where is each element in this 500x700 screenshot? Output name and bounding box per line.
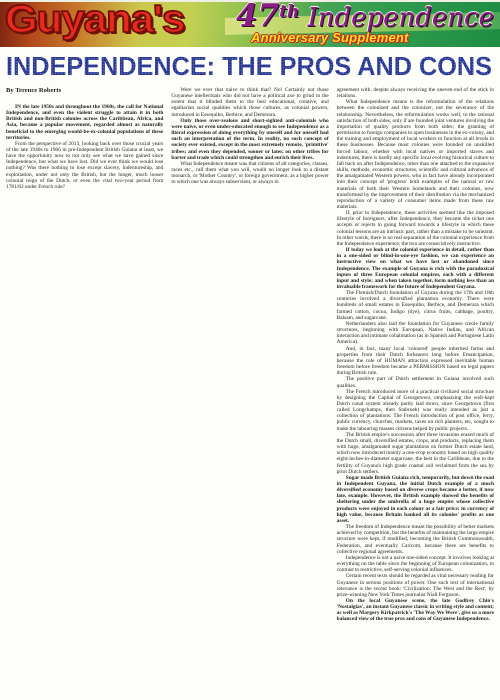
paragraph: Netherlanders also laid the foundation f… <box>337 321 494 346</box>
paragraph: And, in fact, many local 'coloured' peop… <box>337 346 494 377</box>
edition-word: Independence <box>307 3 494 33</box>
paragraph: From the perspective of 2013, looking ba… <box>6 141 163 190</box>
edition-number: 47 <box>236 0 279 34</box>
headline-svg: INDEPENDENCE: THE PROS AND CONS INDEPEND… <box>6 51 494 81</box>
masthead-title: Guyana's <box>5 0 184 42</box>
paragraph: What Independence means is the reformula… <box>337 99 494 210</box>
paragraph: If today we look at the colonial experie… <box>337 247 494 290</box>
paragraph: Certain recent texts should be regarded … <box>337 573 494 598</box>
paragraph: Were we ever that naive to think that? N… <box>171 87 328 118</box>
paragraph: If, prior to Independence, these activit… <box>337 210 494 247</box>
headline: INDEPENDENCE: THE PROS AND CONS INDEPEND… <box>0 47 500 84</box>
anniversary-subtitle: Anniversary Supplement <box>251 30 409 45</box>
edition-suffix: th <box>279 2 299 22</box>
paragraph: agreement with, despite always receiving… <box>337 87 494 99</box>
article-column-3: agreement with, despite always receiving… <box>337 87 494 623</box>
paragraph: The positive part of Dutch settlement in… <box>337 376 494 388</box>
paragraph: IN the late 1950s and throughout the 196… <box>6 104 163 141</box>
article-column-2: Were we ever that naive to think that? N… <box>171 87 328 186</box>
edition-script: 47th Independence <box>236 0 494 34</box>
paragraph: The Flemish/Dutch foundation of Guyana d… <box>337 290 494 321</box>
paragraph: Sugar made British Guiana rich, temporar… <box>337 475 494 524</box>
paragraph: On the local Guyanese scene, the late Go… <box>337 598 494 623</box>
paragraph: Independence is not a naive one-sided co… <box>337 555 494 573</box>
newspaper-page: Guyana's 47th Independence Anniversary S… <box>0 0 500 700</box>
masthead-banner: Guyana's 47th Independence Anniversary S… <box>0 0 500 47</box>
paragraph: Only those over-zealous and short-sighte… <box>171 118 328 161</box>
byline: By Terence Roberts <box>6 87 163 95</box>
paragraph: What Independence meant was that citizen… <box>171 161 328 186</box>
paragraph: The freedom of Independence meant the po… <box>337 524 494 555</box>
article-columns: By Terence Roberts IN the late 1950s and… <box>0 84 500 623</box>
paragraph: The French introduced more of a practica… <box>337 389 494 432</box>
paragraph: The British empire's succession after th… <box>337 432 494 475</box>
headline-text-halftone-overlay: INDEPENDENCE: THE PROS AND CONS <box>6 51 492 81</box>
article-column-1: By Terence Roberts IN the late 1950s and… <box>6 87 163 190</box>
